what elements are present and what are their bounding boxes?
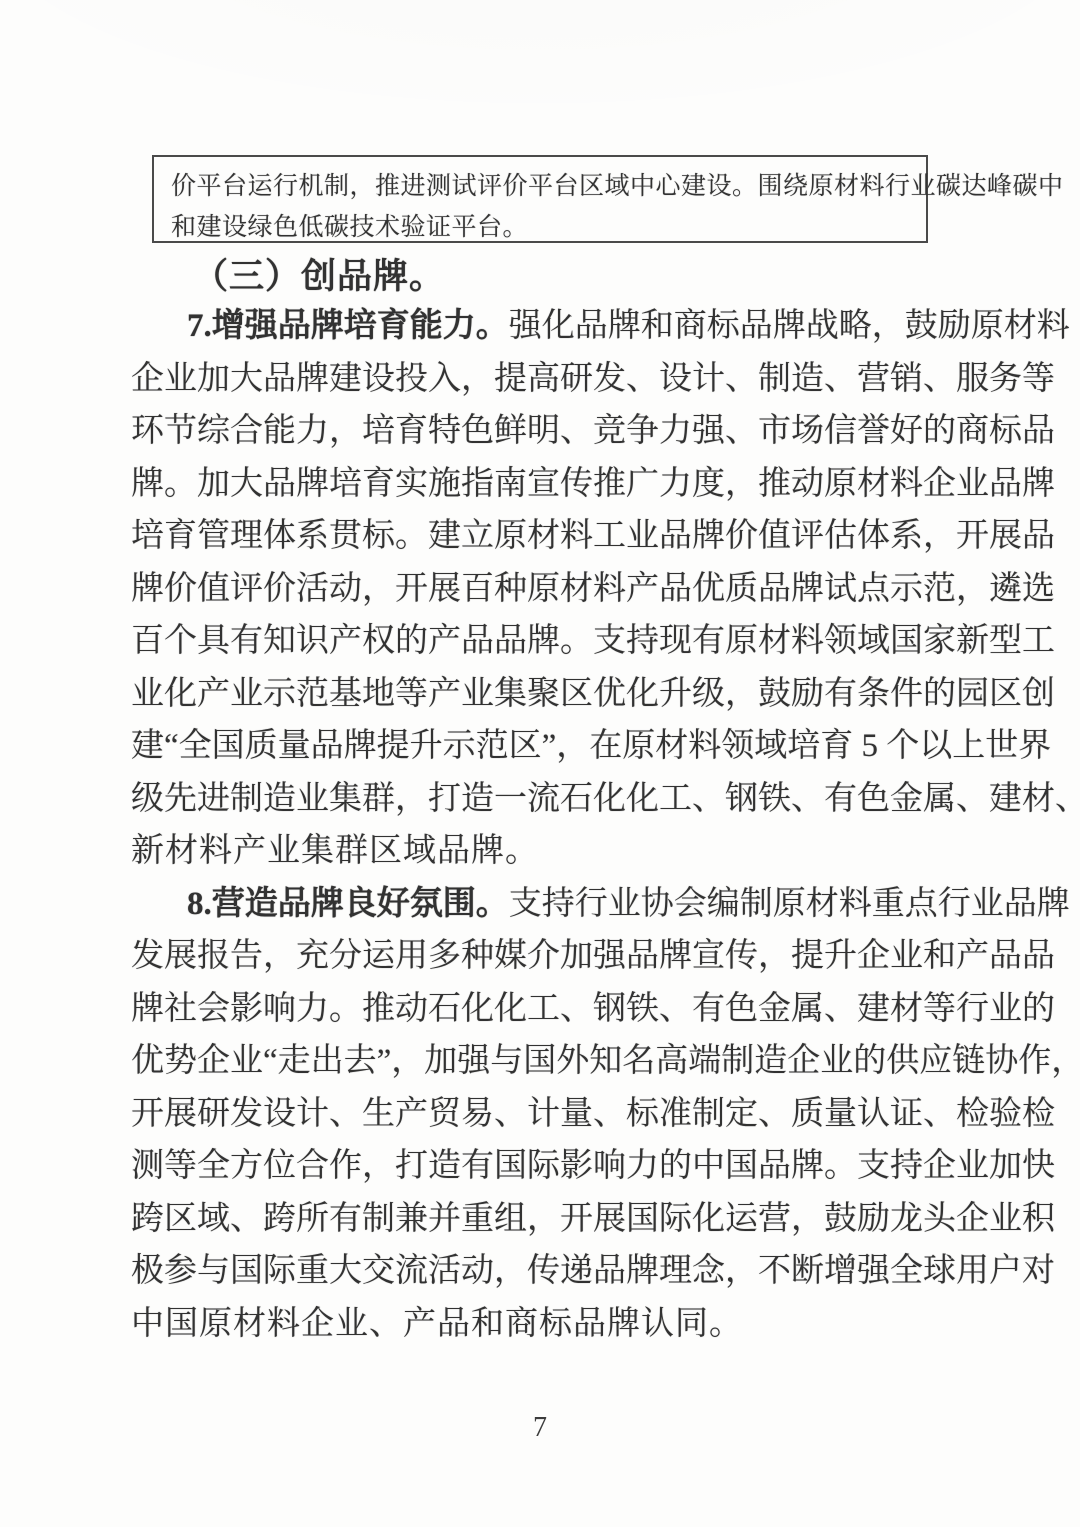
body-line: 7.增强品牌培育能力。强化品牌和商标品牌战略，鼓励原材料 — [131, 300, 951, 353]
paragraph-7-first-line-rest: 强化品牌和商标品牌战略，鼓励原材料 — [509, 308, 1070, 344]
document-page: 价平台运行机制，推进测试评价平台区域中心建设。围绕原材料行业碳达峰碳中 和建设绿… — [0, 0, 1080, 1527]
body-line: 业化产业示范基地等产业集聚区优化升级，鼓励有条件的园区创 — [131, 668, 951, 721]
body-line: 发展报告，充分运用多种媒介加强品牌宣传，提升企业和产品品 — [131, 930, 951, 983]
body-line: 建“全国质量品牌提升示范区”，在原材料领域培育 5 个以上世界 — [131, 720, 951, 773]
paragraph-7: 7.增强品牌培育能力。强化品牌和商标品牌战略，鼓励原材料 企业加大品牌建设投入，… — [131, 300, 951, 878]
body-line: 牌价值评价活动，开展百种原材料产品优质品牌试点示范，遴选 — [131, 563, 951, 616]
body-line: 8.营造品牌良好氛围。支持行业协会编制原材料重点行业品牌 — [131, 878, 951, 931]
paragraph-8-first-line-rest: 支持行业协会编制原材料重点行业品牌 — [509, 886, 1070, 922]
callout-line: 和建设绿色低碳技术验证平台。 — [171, 207, 909, 248]
body-line: 培育管理体系贯标。建立原材料工业品牌价值评估体系，开展品 — [131, 510, 951, 563]
body-line: 测等全方位合作，打造有国际影响力的中国品牌。支持企业加快 — [131, 1140, 951, 1193]
callout-line: 价平台运行机制，推进测试评价平台区域中心建设。围绕原材料行业碳达峰碳中 — [171, 166, 909, 207]
body-text-column: 7.增强品牌培育能力。强化品牌和商标品牌战略，鼓励原材料 企业加大品牌建设投入，… — [131, 300, 951, 1350]
body-line: 百个具有知识产权的产品品牌。支持现有原材料领域国家新型工 — [131, 615, 951, 668]
body-line: 开展研发设计、生产贸易、计量、标准制定、质量认证、检验检 — [131, 1088, 951, 1141]
paragraph-7-lead: 7.增强品牌培育能力。 — [187, 308, 509, 344]
body-line: 牌。加大品牌培育实施指南宣传推广力度，推动原材料企业品牌 — [131, 458, 951, 511]
body-line: 企业加大品牌建设投入，提高研发、设计、制造、营销、服务等 — [131, 353, 951, 406]
body-line: 极参与国际重大交流活动，传递品牌理念，不断增强全球用户对 — [131, 1245, 951, 1298]
callout-box: 价平台运行机制，推进测试评价平台区域中心建设。围绕原材料行业碳达峰碳中 和建设绿… — [152, 155, 928, 243]
body-line: 跨区域、跨所有制兼并重组，开展国际化运营，鼓励龙头企业积 — [131, 1193, 951, 1246]
paragraph-8-lead: 8.营造品牌良好氛围。 — [187, 886, 509, 922]
body-line: 环节综合能力，培育特色鲜明、竞争力强、市场信誉好的商标品 — [131, 405, 951, 458]
body-line: 优势企业“走出去”，加强与国外知名高端制造企业的供应链协作， — [131, 1035, 951, 1088]
section-heading: （三）创品牌。 — [133, 252, 951, 302]
body-line: 级先进制造业集群，打造一流石化化工、钢铁、有色金属、建材、 — [131, 773, 951, 826]
body-line: 牌社会影响力。推动石化化工、钢铁、有色金属、建材等行业的 — [131, 983, 951, 1036]
page-number: 7 — [0, 1412, 1080, 1444]
body-line: 新材料产业集群区域品牌。 — [131, 825, 951, 878]
body-line: 中国原材料企业、产品和商标品牌认同。 — [131, 1298, 951, 1351]
paragraph-8: 8.营造品牌良好氛围。支持行业协会编制原材料重点行业品牌 发展报告，充分运用多种… — [131, 878, 951, 1351]
